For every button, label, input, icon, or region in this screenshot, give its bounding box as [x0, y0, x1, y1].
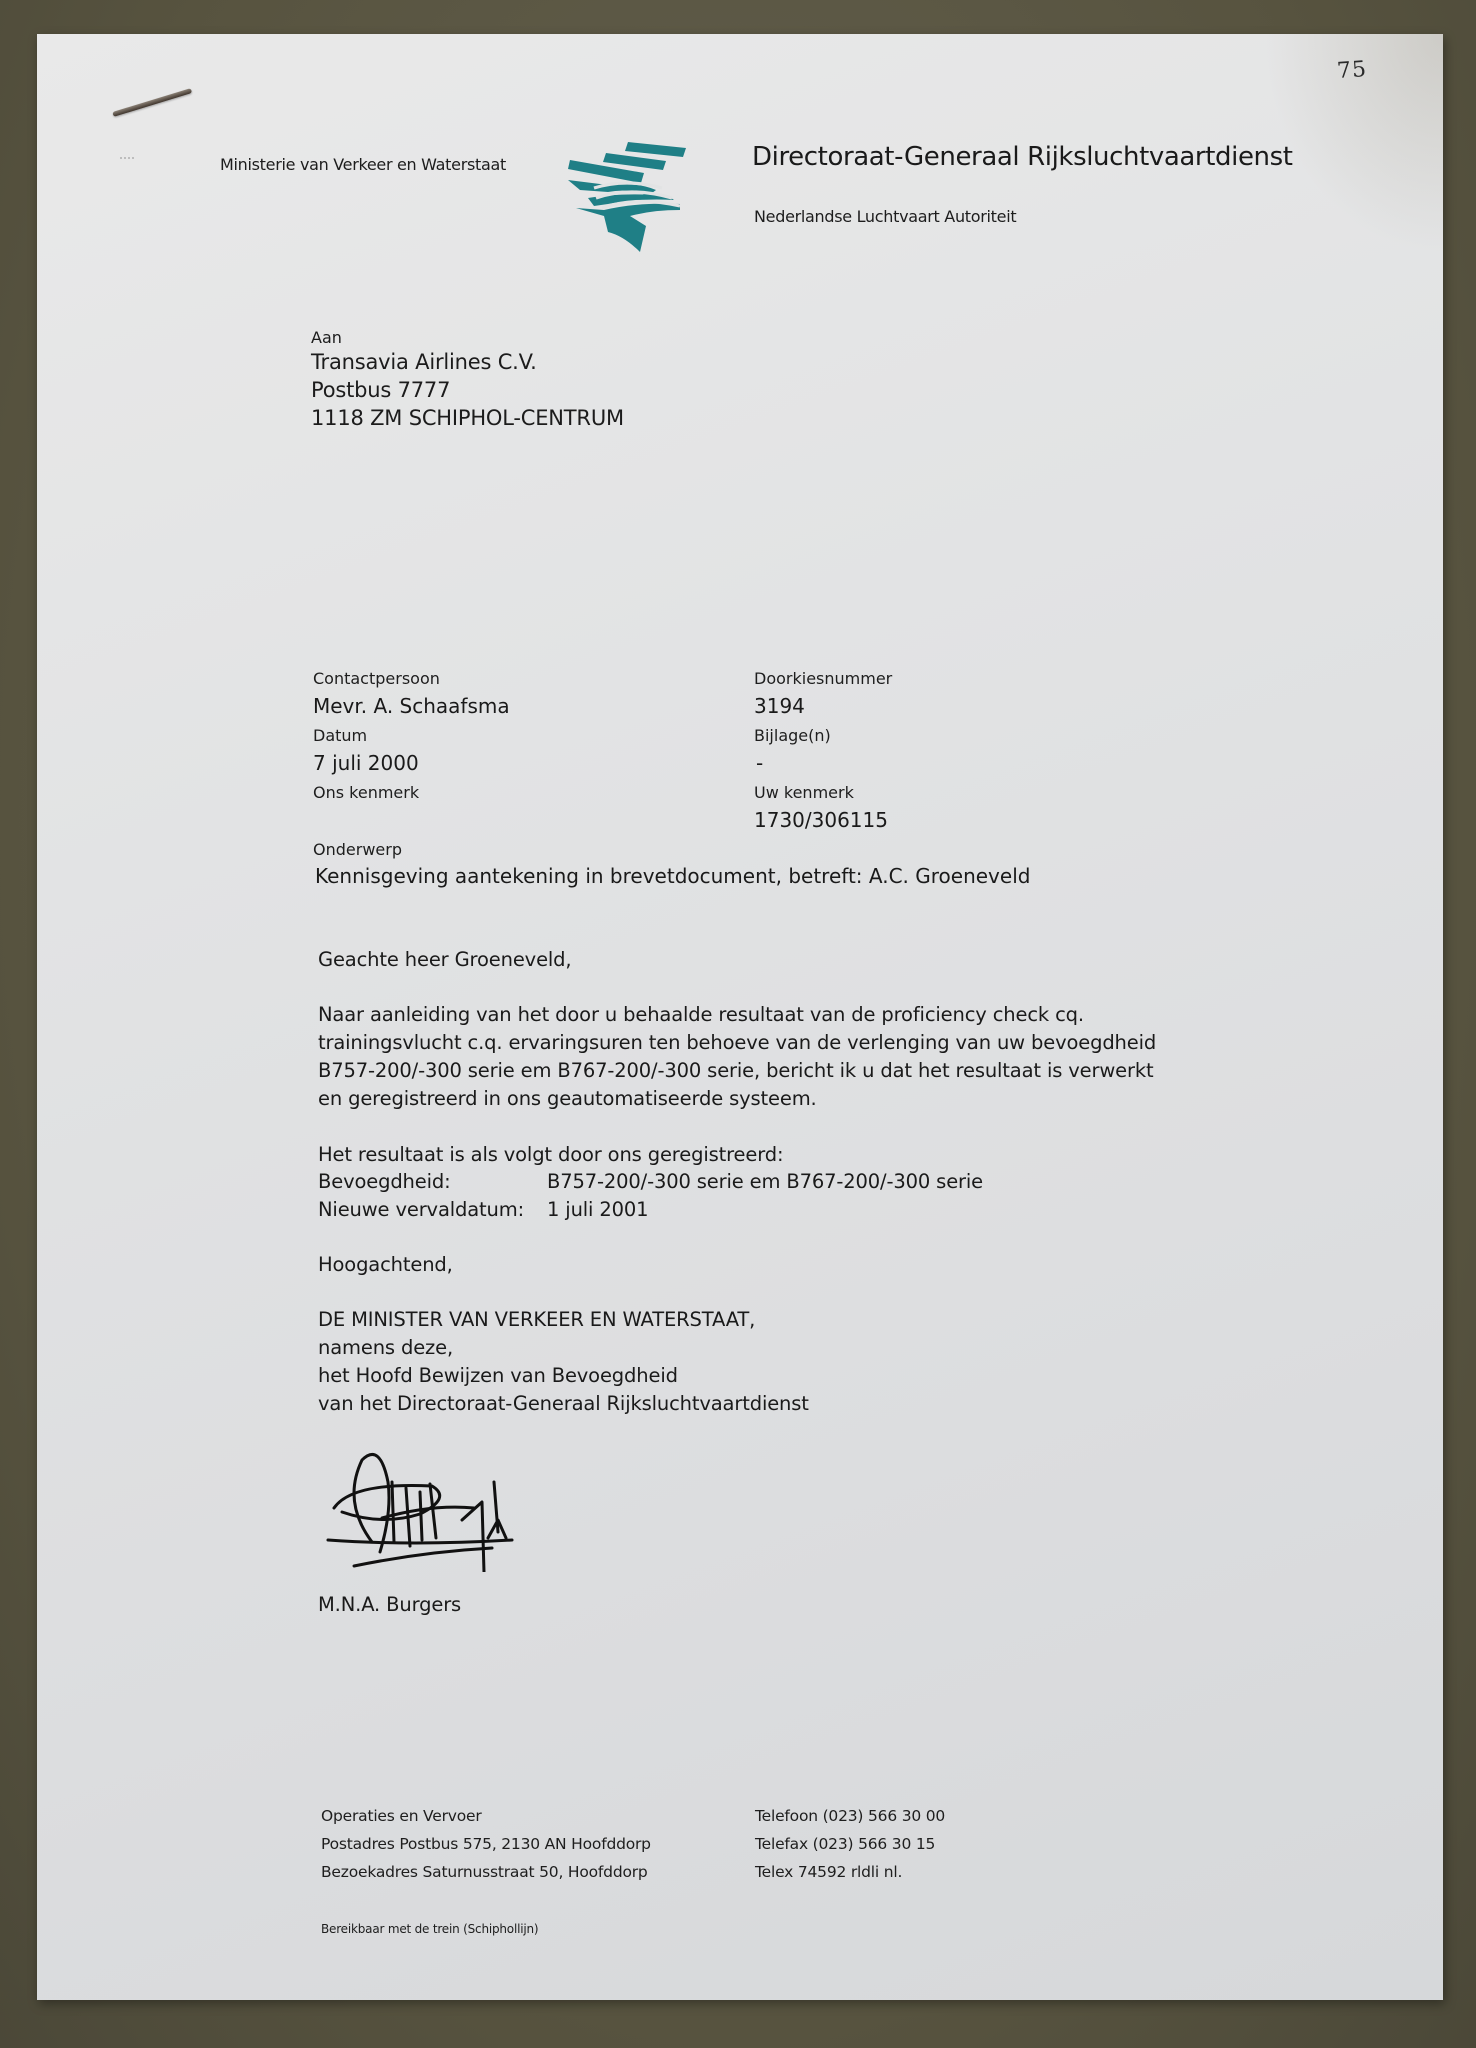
footer-telefax: Telefax (023) 566 30 15: [755, 1835, 935, 1853]
agency-subtitle: Nederlandse Luchtvaart Autoriteit: [754, 207, 1016, 226]
paragraph-line: B757-200/-300 serie em B767-200/-300 ser…: [318, 1059, 1154, 1082]
paragraph-line: Naar aanleiding van het door u behaalde …: [318, 1003, 1084, 1026]
bevoegdheid-label: Bevoegdheid:: [318, 1170, 451, 1193]
signatory-line: het Hoofd Bewijzen van Bevoegdheid: [318, 1364, 678, 1387]
handwritten-page-number: 75: [1336, 57, 1368, 84]
recipient-label: Aan: [311, 328, 342, 347]
uw-kenmerk-label: Uw kenmerk: [754, 783, 854, 802]
recipient-company: Transavia Airlines C.V.: [311, 350, 537, 374]
closing: Hoogachtend,: [318, 1253, 453, 1276]
contactpersoon-label: Contactpersoon: [313, 669, 440, 688]
bijlagen-value: -: [756, 751, 763, 775]
agency-title: Directoraat-Generaal Rijksluchtvaartdien…: [752, 142, 1293, 172]
signatory-title: DE MINISTER VAN VERKEER EN WATERSTAAT,: [318, 1308, 755, 1331]
uw-kenmerk-value: 1730/306115: [754, 808, 888, 832]
vervaldatum-label: Nieuwe vervaldatum:: [318, 1198, 524, 1221]
bijlagen-label: Bijlage(n): [754, 726, 831, 745]
paragraph-line: trainingsvlucht c.q. ervaringsuren ten b…: [318, 1031, 1156, 1054]
doorkiesnummer-value: 3194: [754, 694, 805, 718]
footer-postal-address: Postadres Postbus 575, 2130 AN Hoofddorp: [321, 1835, 651, 1853]
vervaldatum-value: 1 juli 2001: [547, 1198, 648, 1221]
footer-visiting-address: Bezoekadres Saturnusstraat 50, Hoofddorp: [321, 1863, 648, 1881]
signatory-line: van het Directoraat-Generaal Rijksluchtv…: [318, 1392, 809, 1415]
datum-label: Datum: [313, 726, 367, 745]
footer-department: Operaties en Vervoer: [321, 1807, 482, 1825]
footer-train-note: Bereikbaar met de trein (Schiphollijn): [321, 1922, 538, 1936]
result-intro: Het resultaat is als volgt door ons gere…: [318, 1143, 783, 1166]
footer-telex: Telex 74592 rldli nl.: [755, 1863, 902, 1881]
bevoegdheid-value: B757-200/-300 serie em B767-200/-300 ser…: [547, 1170, 983, 1193]
staple-mark: [120, 157, 134, 163]
contactpersoon-value: Mevr. A. Schaafsma: [313, 694, 510, 718]
recipient-postcode-city: 1118 ZM SCHIPHOL-CENTRUM: [311, 406, 624, 430]
onderwerp-value: Kennisgeving aantekening in brevetdocume…: [315, 864, 1030, 888]
ons-kenmerk-label: Ons kenmerk: [313, 783, 419, 802]
rld-wave-logo-icon: [568, 140, 688, 252]
signer-name: M.N.A. Burgers: [318, 1593, 461, 1616]
datum-value: 7 juli 2000: [313, 751, 419, 775]
paragraph-line: en geregistreerd in ons geautomatiseerde…: [318, 1087, 817, 1110]
salutation: Geachte heer Groeneveld,: [318, 948, 571, 971]
signatory-line: namens deze,: [318, 1336, 453, 1359]
handwritten-signature: [322, 1442, 522, 1572]
onderwerp-label: Onderwerp: [313, 840, 402, 859]
recipient-postbus: Postbus 7777: [311, 378, 450, 402]
footer-telephone: Telefoon (023) 566 30 00: [755, 1807, 945, 1825]
doorkiesnummer-label: Doorkiesnummer: [754, 669, 892, 688]
ministry-name: Ministerie van Verkeer en Waterstaat: [220, 155, 506, 174]
